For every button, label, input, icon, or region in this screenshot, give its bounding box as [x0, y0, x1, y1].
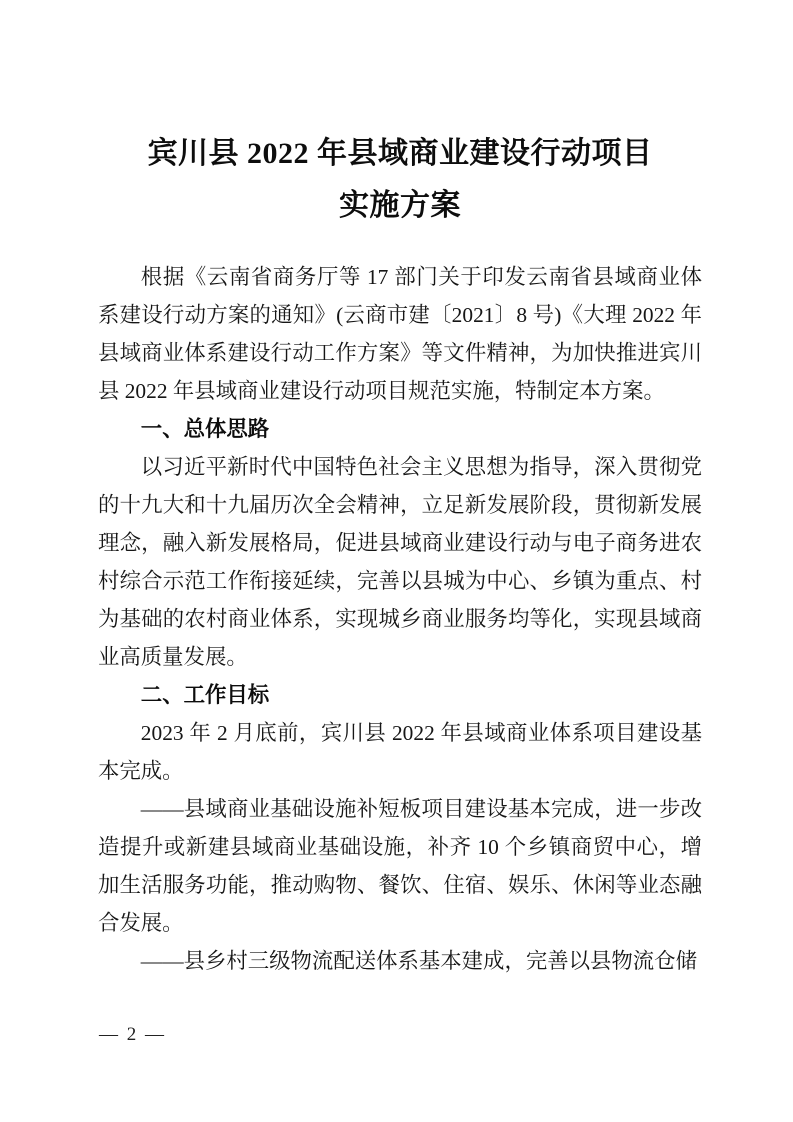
document-title-line-1: 宾川县 2022 年县域商业建设行动项目	[98, 128, 702, 180]
paragraph-intro: 根据《云南省商务厅等 17 部门关于印发云南省县域商业体系建设行动方案的通知》(…	[98, 258, 702, 410]
paragraph-goal-logistics: ——县乡村三级物流配送体系基本建成，完善以县物流仓储	[98, 942, 702, 980]
document-title: 宾川县 2022 年县域商业建设行动项目 实施方案	[98, 128, 702, 232]
page-number: — 2 —	[99, 1022, 166, 1048]
document-body: 根据《云南省商务厅等 17 部门关于印发云南省县域商业体系建设行动方案的通知》(…	[98, 258, 702, 980]
section-heading-2: 二、工作目标	[98, 676, 702, 714]
paragraph-work-goal: 2023 年 2 月底前，宾川县 2022 年县域商业体系项目建设基本完成。	[98, 714, 702, 790]
paragraph-overall-approach: 以习近平新时代中国特色社会主义思想为指导，深入贯彻党的十九大和十九届历次全会精神…	[98, 448, 702, 676]
document-page: 宾川县 2022 年县域商业建设行动项目 实施方案 根据《云南省商务厅等 17 …	[0, 0, 793, 1122]
section-heading-1: 一、总体思路	[98, 410, 702, 448]
document-title-line-2: 实施方案	[98, 180, 702, 232]
paragraph-goal-infrastructure: ——县域商业基础设施补短板项目建设基本完成，进一步改造提升或新建县域商业基础设施…	[98, 790, 702, 942]
